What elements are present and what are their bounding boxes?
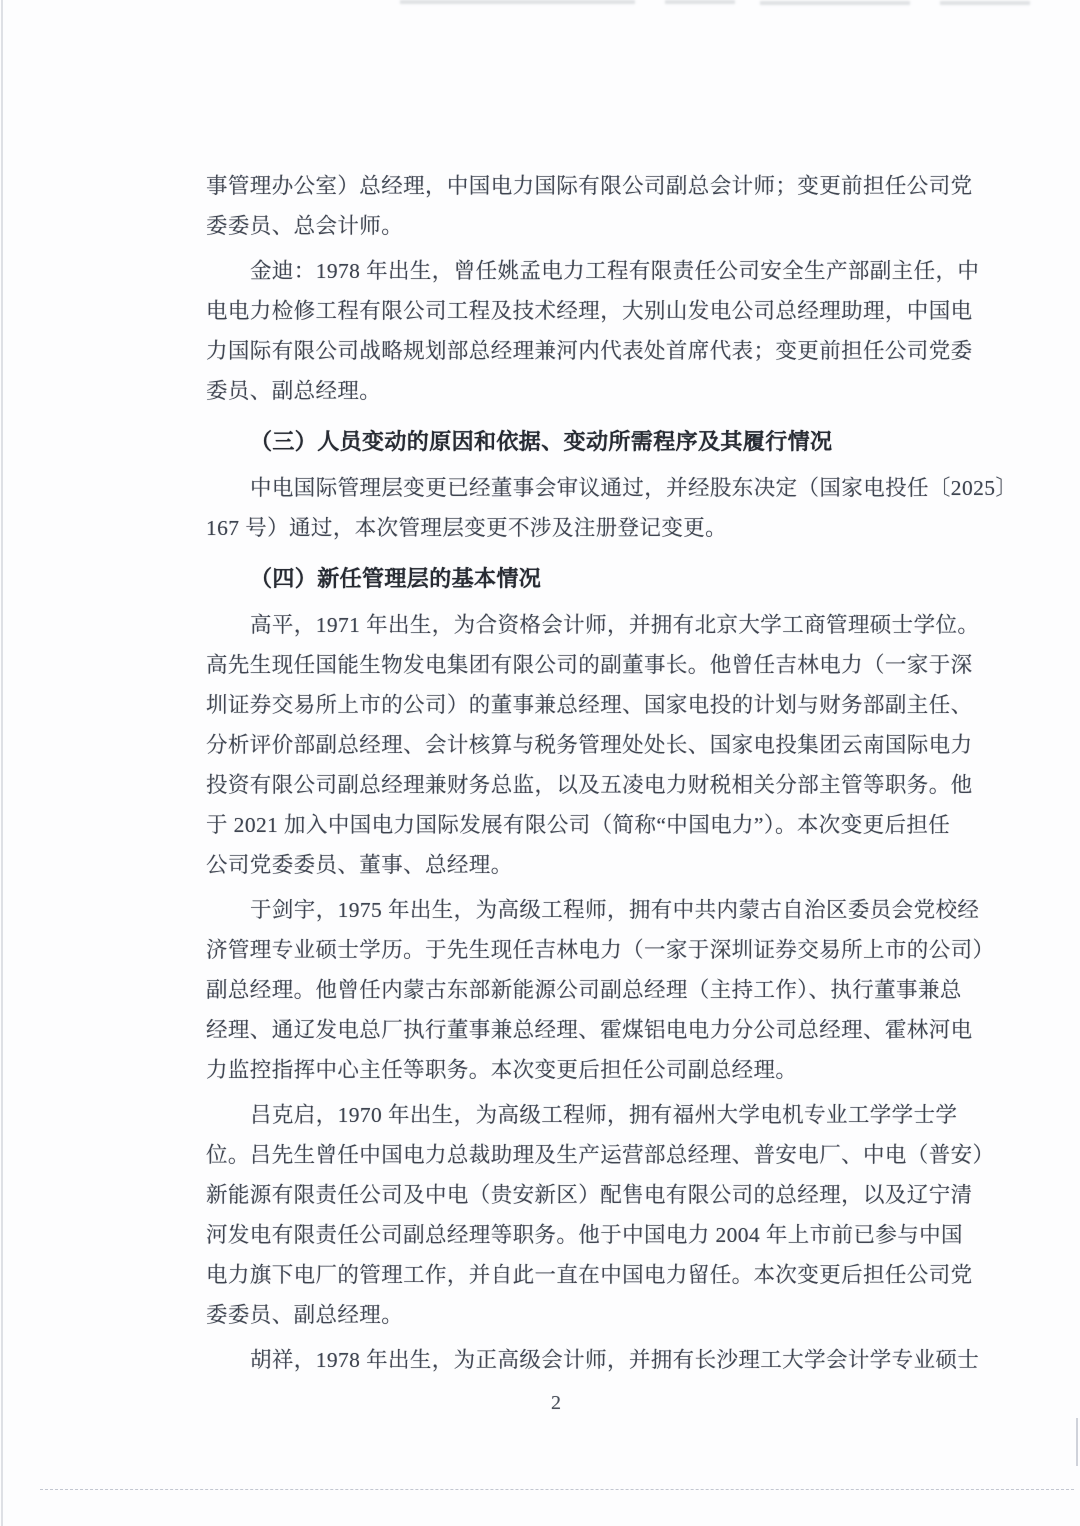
text-line: 投资有限公司副总经理兼财务总监，以及五凌电力财税相关分部主管等职务。他 [206, 765, 958, 805]
scanned-document-page: 事管理办公室）总经理，中国电力国际有限公司副总会计师；变更前担任公司党委委员、总… [0, 0, 1080, 1526]
text-line: 经理、通辽发电总厂执行董事兼总经理、霍煤铝电电力分公司总经理、霍林河电 [206, 1010, 958, 1050]
text-line: 河发电有限责任公司副总经理等职务。他于中国电力 2004 年上市前已参与中国 [206, 1215, 958, 1255]
text-line: 分析评价部副总经理、会计核算与税务管理处处长、国家电投集团云南国际电力 [206, 725, 958, 765]
text-line: 位。吕先生曾任中国电力总裁助理及生产运营部总经理、普安电厂、中电（普安） [206, 1135, 958, 1175]
text-line: 胡祥，1978 年出生，为正高级会计师，并拥有长沙理工大学会计学专业硕士 [206, 1340, 958, 1380]
text-line: 力国际有限公司战略规划部总经理兼河内代表处首席代表；变更前担任公司党委 [206, 331, 958, 371]
paragraph: 中电国际管理层变更已经董事会审议通过，并经股东决定（国家电投任〔2025〕167… [206, 468, 958, 548]
text-line: 事管理办公室）总经理，中国电力国际有限公司副总会计师；变更前担任公司党 [206, 166, 958, 206]
text-line: 委委员、总会计师。 [206, 206, 958, 246]
text-line: 公司党委委员、董事、总经理。 [206, 845, 958, 885]
text-line: 济管理专业硕士学历。于先生现任吉林电力（一家于深圳证券交易所上市的公司） [206, 930, 958, 970]
text-line: 委委员、副总经理。 [206, 1295, 958, 1335]
text-line: 于 2021 加入中国电力国际发展有限公司（简称“中国电力”）。本次变更后担任 [206, 805, 958, 845]
text-line: 高先生现任国能生物发电集团有限公司的副董事长。他曾任吉林电力（一家于深 [206, 645, 958, 685]
text-line: 167 号）通过，本次管理层变更不涉及注册登记变更。 [206, 508, 958, 548]
paragraph: 吕克启，1970 年出生，为高级工程师，拥有福州大学电机专业工学学士学位。吕先生… [206, 1095, 958, 1335]
scan-artifact-footer-line [40, 1489, 1074, 1490]
section-heading: （四）新任管理层的基本情况 [206, 559, 958, 599]
paragraph: 高平，1971 年出生，为合资格会计师，并拥有北京大学工商管理硕士学位。高先生现… [206, 605, 958, 885]
scan-artifact-top-smudge [400, 0, 635, 4]
scan-artifact-top-smudge [760, 1, 910, 5]
paragraph: 于剑宇，1975 年出生，为高级工程师，拥有中共内蒙古自治区委员会党校经济管理专… [206, 890, 958, 1090]
scan-artifact-top-smudge [940, 1, 1030, 5]
text-line: 委员、副总经理。 [206, 371, 958, 411]
text-line: 高平，1971 年出生，为合资格会计师，并拥有北京大学工商管理硕士学位。 [206, 605, 958, 645]
scan-artifact-top-smudge [665, 0, 735, 4]
text-line: 金迪：1978 年出生，曾任姚孟电力工程有限责任公司安全生产部副主任，中 [206, 251, 958, 291]
text-line: （三）人员变动的原因和依据、变动所需程序及其履行情况 [206, 422, 958, 462]
text-line: 新能源有限责任公司及中电（贵安新区）配售电有限公司的总经理，以及辽宁清 [206, 1175, 958, 1215]
text-line: 电力旗下电厂的管理工作，并自此一直在中国电力留任。本次变更后担任公司党 [206, 1255, 958, 1295]
text-line: 力监控指挥中心主任等职务。本次变更后担任公司副总经理。 [206, 1050, 958, 1090]
scan-artifact-right-edge [1076, 1418, 1078, 1466]
text-line: 吕克启，1970 年出生，为高级工程师，拥有福州大学电机专业工学学士学 [206, 1095, 958, 1135]
text-line: 中电国际管理层变更已经董事会审议通过，并经股东决定（国家电投任〔2025〕 [206, 468, 958, 508]
text-line: 电电力检修工程有限公司工程及技术经理，大别山发电公司总经理助理，中国电 [206, 291, 958, 331]
text-line: （四）新任管理层的基本情况 [206, 559, 958, 599]
text-line: 圳证券交易所上市的公司）的董事兼总经理、国家电投的计划与财务部副主任、 [206, 685, 958, 725]
document-body: 事管理办公室）总经理，中国电力国际有限公司副总会计师；变更前担任公司党委委员、总… [206, 166, 958, 1385]
scan-artifact-left-edge [1, 0, 3, 1526]
text-line: 于剑宇，1975 年出生，为高级工程师，拥有中共内蒙古自治区委员会党校经 [206, 890, 958, 930]
section-heading: （三）人员变动的原因和依据、变动所需程序及其履行情况 [206, 422, 958, 462]
paragraph: 金迪：1978 年出生，曾任姚孟电力工程有限责任公司安全生产部副主任，中电电力检… [206, 251, 958, 411]
page-number: 2 [0, 1392, 1080, 1415]
text-line: 副总经理。他曾任内蒙古东部新能源公司副总经理（主持工作）、执行董事兼总 [206, 970, 958, 1010]
paragraph: 事管理办公室）总经理，中国电力国际有限公司副总会计师；变更前担任公司党委委员、总… [206, 166, 958, 246]
paragraph: 胡祥，1978 年出生，为正高级会计师，并拥有长沙理工大学会计学专业硕士 [206, 1340, 958, 1380]
